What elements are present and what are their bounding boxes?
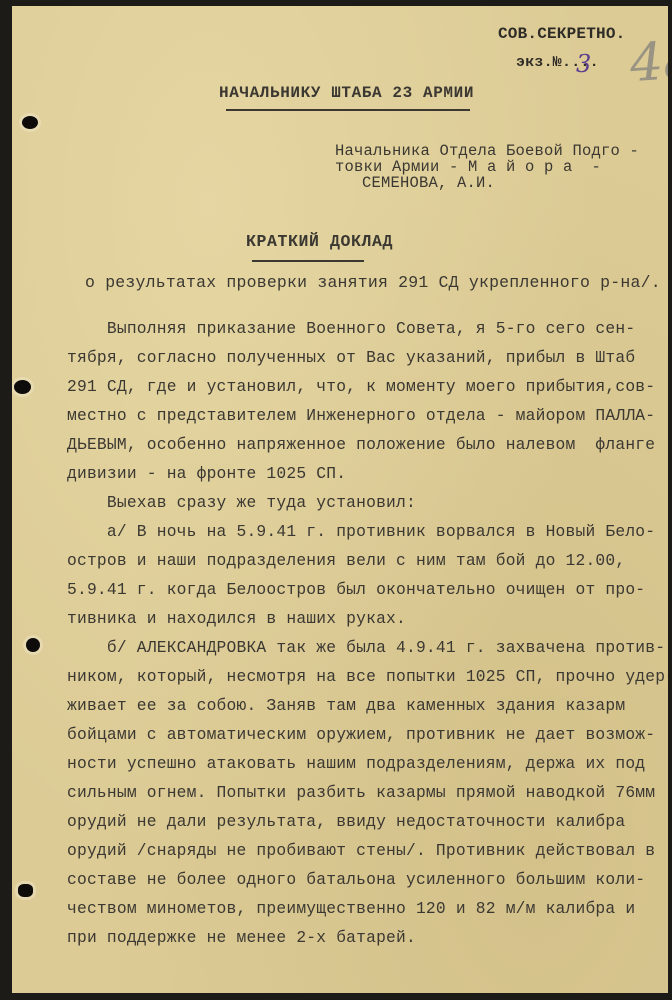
- body-line: орудий не дали результата, ввиду недоста…: [67, 812, 625, 831]
- body-line: бойцами с автоматическим оружием, против…: [67, 725, 655, 744]
- body-line: ности успешно атаковать нашим подразделе…: [67, 754, 645, 773]
- punch-hole: [26, 638, 40, 652]
- document-subtitle: о результатах проверки занятия 291 СД ук…: [85, 273, 661, 292]
- body-line: орудий /снаряды не пробивают стены/. Про…: [67, 841, 655, 860]
- title-underline: [252, 260, 364, 262]
- body-line: живает ее за собою. Заняв там два каменн…: [67, 696, 625, 715]
- classification-stamp: СОВ.СЕКРЕТНО.: [498, 25, 625, 43]
- body-line: местно с представителем Инженерного отде…: [67, 406, 655, 425]
- document-title: КРАТКИЙ ДОКЛАД: [246, 232, 393, 251]
- body-line: 291 СД, где и установил, что, к моменту …: [67, 377, 655, 396]
- body-line: Выполняя приказание Военного Совета, я 5…: [67, 319, 635, 338]
- punch-hole: [22, 116, 38, 129]
- addressee-underline: [226, 109, 470, 111]
- body-line: при поддержке не менее 2-х батарей.: [67, 928, 416, 947]
- punch-hole: [14, 380, 31, 394]
- body-line: сильным огнем. Попытки разбить казармы п…: [67, 783, 655, 802]
- pencil-page-number: 48: [628, 30, 668, 94]
- body-line: остров и наши подразделения вели с ним т…: [67, 551, 625, 570]
- punch-hole: [18, 884, 33, 897]
- body-line: дивизии - на фронте 1025 СП.: [67, 464, 346, 483]
- addressee: НАЧАЛЬНИКУ ШТАБА 23 АРМИИ: [219, 84, 474, 102]
- body-line: тября, согласно полученных от Вас указан…: [67, 348, 635, 367]
- body-line: 5.9.41 г. когда Белоостров был окончател…: [67, 580, 645, 599]
- body-line: тивника и находился в наших руках.: [67, 609, 406, 628]
- handwritten-copy-number: 3: [576, 50, 591, 78]
- body-line: ником, который, несмотря на все попытки …: [67, 667, 668, 686]
- body-line: составе не более одного батальона усилен…: [67, 870, 645, 889]
- body-line: а/ В ночь на 5.9.41 г. противник ворвалс…: [67, 522, 655, 541]
- document-page: СОВ.СЕКРЕТНО. экз.№.... 3 48 НАЧАЛЬНИКУ …: [12, 6, 668, 993]
- body-line: ДЬЕВЫМ, особенно напряженное положение б…: [67, 435, 655, 454]
- body-line: чеством минометов, преимущественно 120 и…: [67, 899, 635, 918]
- sender-line-3: СЕМЕНОВА, А.И.: [362, 174, 495, 192]
- body-line: б/ АЛЕКСАНДРОВКА так же была 4.9.41 г. з…: [67, 638, 665, 657]
- body-line: Выехав сразу же туда установил:: [67, 493, 416, 512]
